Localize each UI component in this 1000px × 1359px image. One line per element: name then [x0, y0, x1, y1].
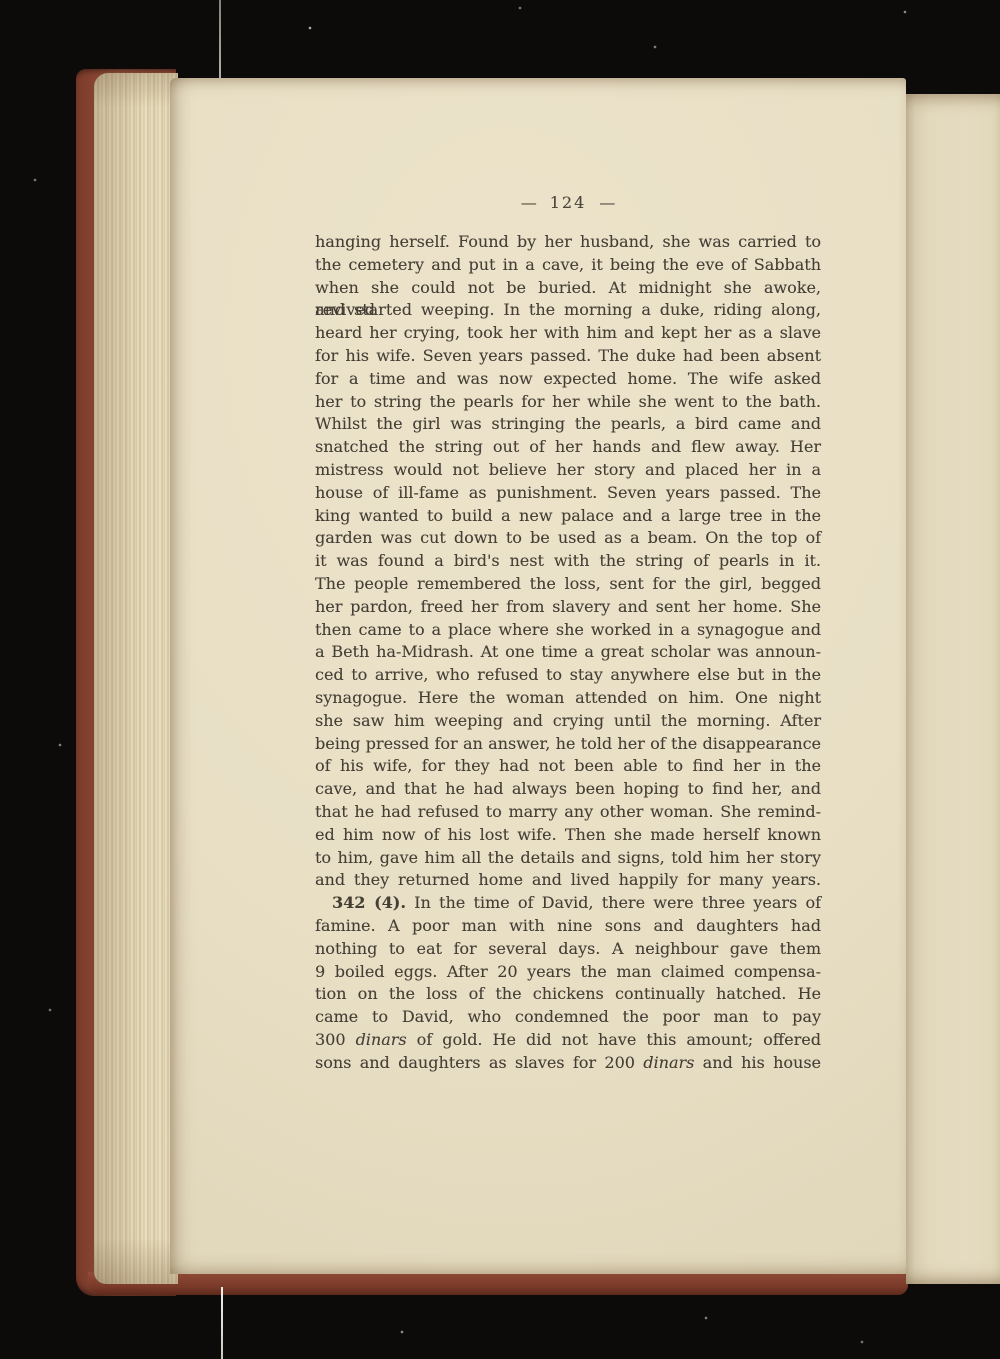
text-line: that he had refused to marry any other w…: [315, 801, 821, 824]
text-line: hanging herself. Found by her husband, s…: [315, 231, 821, 254]
text-segment: that he had refused to marry any other w…: [315, 802, 821, 821]
text-segment: famine. A poor man with nine sons and da…: [315, 916, 821, 935]
text-segment: 9 boiled eggs. After 20 years the man cl…: [315, 962, 821, 981]
text-segment: house of ill-fame as punishment. Seven y…: [315, 483, 821, 502]
text-segment: to him, gave him all the details and sig…: [315, 848, 821, 867]
page-text-column: —124— hanging herself. Found by her husb…: [315, 192, 821, 1074]
italic-text: dinars: [356, 1030, 407, 1049]
text-segment: a Beth ha-Midrash. At one time a great s…: [315, 642, 821, 661]
text-segment: came to David, who condemned the poor ma…: [315, 1007, 821, 1026]
text-line: a Beth ha-Midrash. At one time a great s…: [315, 641, 821, 664]
text-line: heard her crying, took her with him and …: [315, 322, 821, 345]
text-segment: it was found a bird's nest with the stri…: [315, 551, 821, 570]
text-line: of his wife, for they had not been able …: [315, 755, 821, 778]
text-segment: garden was cut down to be used as a beam…: [315, 528, 821, 547]
text-line: The people remembered the loss, sent for…: [315, 573, 821, 596]
paragraph: 342 (4). In the time of David, there wer…: [315, 892, 821, 1074]
text-segment: 300: [315, 1030, 356, 1049]
text-line: and they returned home and lived happily…: [315, 869, 821, 892]
text-segment: king wanted to build a new palace and a …: [315, 506, 821, 525]
text-line: then came to a place where she worked in…: [315, 619, 821, 642]
text-segment: for a time and was now expected home. Th…: [315, 369, 821, 388]
text-segment: being pressed for an answer, he told her…: [315, 734, 821, 753]
text-line: to him, gave him all the details and sig…: [315, 847, 821, 870]
text-segment: ed him now of his lost wife. Then she ma…: [315, 825, 821, 844]
text-line: she saw him weeping and crying until the…: [315, 710, 821, 733]
text-line: cave, and that he had always been hoping…: [315, 778, 821, 801]
text-segment: nothing to eat for several days. A neigh…: [315, 939, 821, 958]
text-line: when she could not be buried. At midnigh…: [315, 277, 821, 300]
text-segment: and his house: [694, 1053, 821, 1072]
text-line: being pressed for an answer, he told her…: [315, 733, 821, 756]
text-segment: her pardon, freed her from slavery and s…: [315, 597, 821, 616]
text-segment: mistress would not believe her story and…: [315, 460, 821, 479]
text-segment: she saw him weeping and crying until the…: [315, 711, 821, 730]
text-segment: her to string the pearls for her while s…: [315, 392, 821, 411]
text-line: came to David, who condemned the poor ma…: [315, 1006, 821, 1029]
text-line: garden was cut down to be used as a beam…: [315, 527, 821, 550]
text-line: house of ill-fame as punishment. Seven y…: [315, 482, 821, 505]
text-segment: Whilst the girl was stringing the pearls…: [315, 414, 821, 433]
text-line: snatched the string out of her hands and…: [315, 436, 821, 459]
text-line: king wanted to build a new palace and a …: [315, 505, 821, 528]
text-line: it was found a bird's nest with the stri…: [315, 550, 821, 573]
text-line: nothing to eat for several days. A neigh…: [315, 938, 821, 961]
book-page: —124— hanging herself. Found by her husb…: [170, 78, 906, 1274]
book-cover-bottom-edge: [88, 1272, 908, 1295]
header-dash-left: —: [521, 193, 537, 212]
text-line: synagogue. Here the woman attended on hi…: [315, 687, 821, 710]
text-segment: then came to a place where she worked in…: [315, 620, 821, 639]
text-segment: sons and daughters as slaves for 200: [315, 1053, 643, 1072]
text-segment: ced to arrive, who refused to stay anywh…: [315, 665, 821, 684]
text-line: mistress would not believe her story and…: [315, 459, 821, 482]
thread-bottom: [221, 1287, 223, 1359]
text-line: 300 dinars of gold. He did not have this…: [315, 1029, 821, 1052]
italic-text: dinars: [643, 1053, 694, 1072]
page-number: 124: [550, 193, 587, 212]
text-line: her to string the pearls for her while s…: [315, 391, 821, 414]
text-segment: and they returned home and lived happily…: [315, 870, 821, 889]
bold-text: 342 (4).: [332, 893, 406, 912]
text-line: sons and daughters as slaves for 200 din…: [315, 1052, 821, 1075]
text-line: ed him now of his lost wife. Then she ma…: [315, 824, 821, 847]
page-header: —124—: [315, 192, 821, 214]
paragraph: hanging herself. Found by her husband, s…: [315, 231, 821, 892]
text-segment: and started weeping. In the morning a du…: [315, 300, 821, 319]
page-body-text: hanging herself. Found by her husband, s…: [315, 231, 821, 1074]
page-edges-stack: [94, 73, 178, 1284]
text-line: her pardon, freed her from slavery and s…: [315, 596, 821, 619]
header-dash-right: —: [599, 193, 615, 212]
thread-top: [219, 0, 221, 78]
text-segment: The people remembered the loss, sent for…: [315, 574, 821, 593]
text-segment: synagogue. Here the woman attended on hi…: [315, 688, 821, 707]
text-line: ced to arrive, who refused to stay anywh…: [315, 664, 821, 687]
text-segment: of his wife, for they had not been able …: [315, 756, 821, 775]
text-line: for a time and was now expected home. Th…: [315, 368, 821, 391]
text-line: tion on the loss of the chickens continu…: [315, 983, 821, 1006]
text-line: for his wife. Seven years passed. The du…: [315, 345, 821, 368]
text-line: Whilst the girl was stringing the pearls…: [315, 413, 821, 436]
text-line: the cemetery and put in a cave, it being…: [315, 254, 821, 277]
text-segment: for his wife. Seven years passed. The du…: [315, 346, 821, 365]
text-segment: In the time of David, there were three y…: [406, 893, 821, 912]
text-segment: heard her crying, took her with him and …: [315, 323, 821, 342]
text-segment: the cemetery and put in a cave, it being…: [315, 255, 821, 274]
text-segment: cave, and that he had always been hoping…: [315, 779, 821, 798]
text-segment: hanging herself. Found by her husband, s…: [315, 232, 821, 251]
text-line: and started weeping. In the morning a du…: [315, 299, 821, 322]
text-line: 9 boiled eggs. After 20 years the man cl…: [315, 961, 821, 984]
text-segment: of gold. He did not have this amount; of…: [407, 1030, 821, 1049]
facing-page-gutter: [906, 94, 1000, 1284]
text-segment: tion on the loss of the chickens continu…: [315, 984, 821, 1003]
book-photo: —124— hanging herself. Found by her husb…: [0, 0, 1000, 1359]
text-line: famine. A poor man with nine sons and da…: [315, 915, 821, 938]
text-segment: snatched the string out of her hands and…: [315, 437, 821, 456]
text-line: 342 (4). In the time of David, there wer…: [315, 892, 821, 915]
